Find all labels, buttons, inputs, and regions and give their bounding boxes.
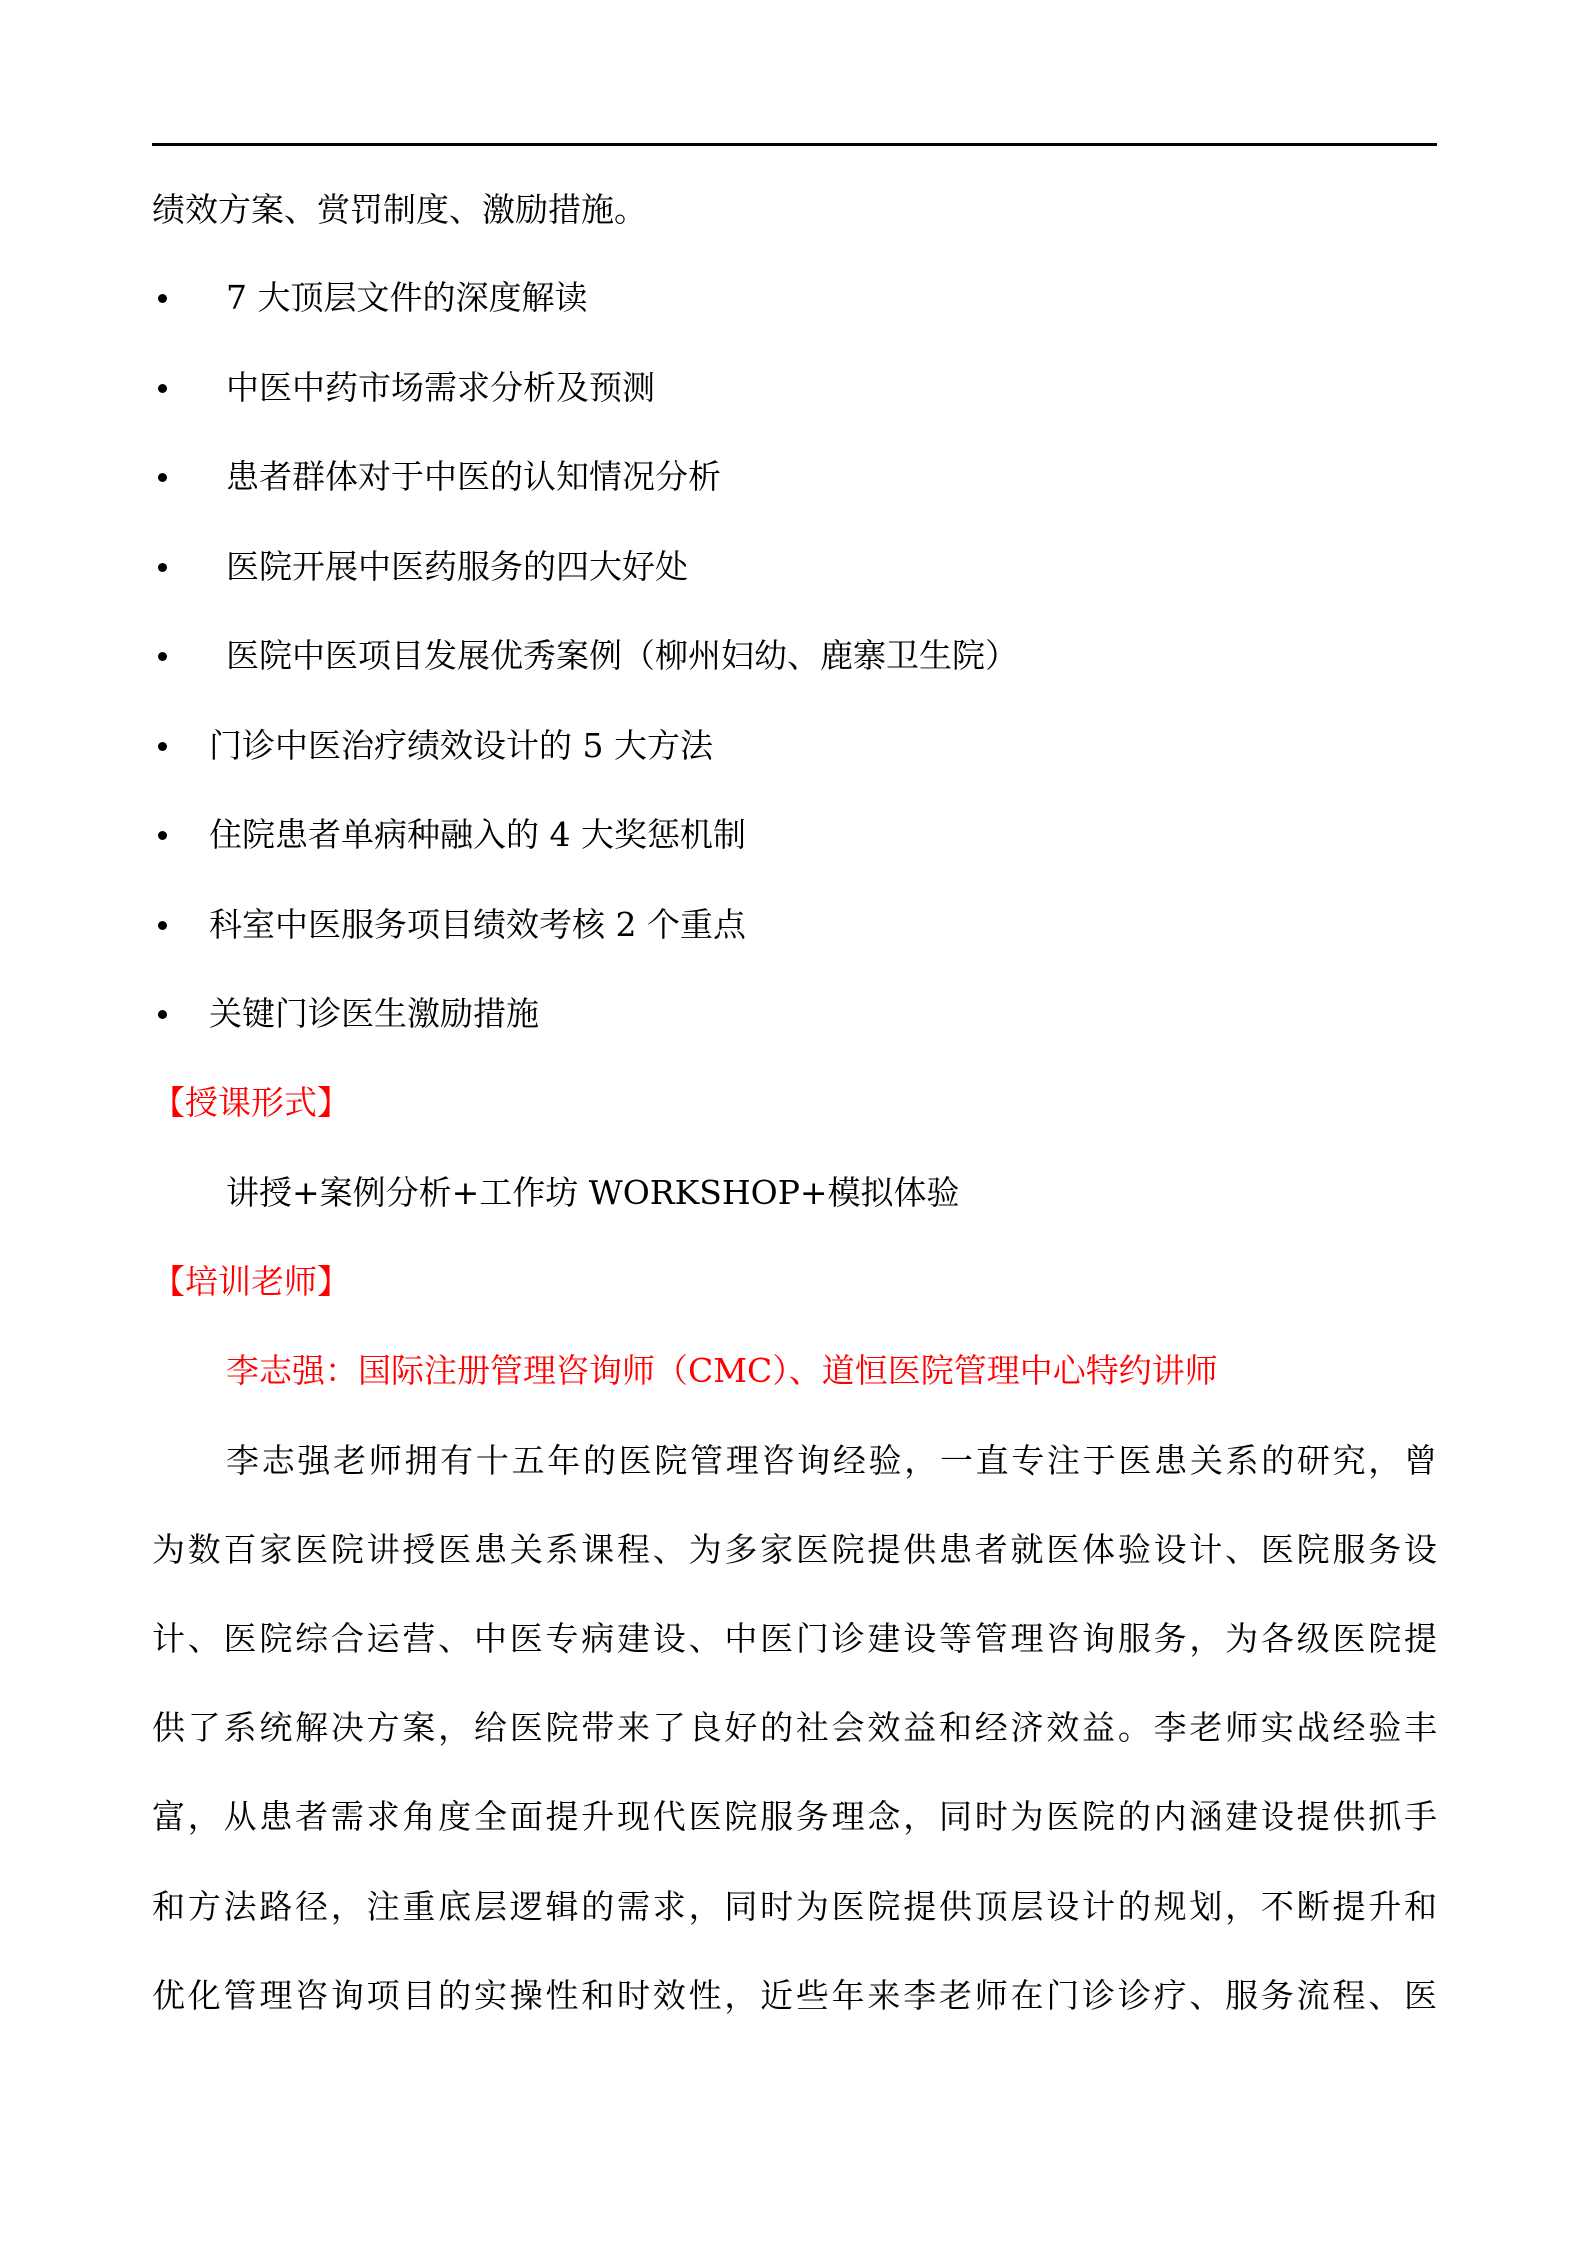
bullet-icon [158, 652, 167, 661]
bullet-icon [158, 921, 167, 930]
intro-line: 绩效方案、赏罚制度、激励措施。 [152, 190, 647, 230]
trainer-bio-line: 为数百家医院讲授医患关系课程、为多家医院提供患者就医体验设计、医院服务设 [152, 1530, 1437, 1570]
bullet-icon [158, 384, 167, 393]
bullet-icon [158, 473, 167, 482]
list-item-text: 医院中医项目发展优秀案例（柳州妇幼、鹿寨卫生院） [226, 636, 1018, 676]
list-item-text: 7 大顶层文件的深度解读 [226, 278, 588, 318]
trainer-bio-line: 李志强老师拥有十五年的医院管理咨询经验，一直专注于医患关系的研究，曾 [226, 1441, 1437, 1481]
list-item-text: 医院开展中医药服务的四大好处 [226, 547, 688, 587]
bullet-icon [158, 831, 167, 840]
trainer-bio-line: 供了系统解决方案，给医院带来了良好的社会效益和经济效益。李老师实战经验丰 [152, 1708, 1437, 1748]
trainer-bio-line: 富，从患者需求角度全面提升现代医院服务理念，同时为医院的内涵建设提供抓手 [152, 1797, 1437, 1837]
teaching-form-heading: 【授课形式】 [152, 1083, 350, 1123]
list-item-text: 门诊中医治疗绩效设计的 5 大方法 [209, 726, 713, 766]
bullet-icon [158, 294, 167, 303]
bullet-icon [158, 1010, 167, 1019]
bullet-icon [158, 563, 167, 572]
trainer-bio-line: 和方法路径，注重底层逻辑的需求，同时为医院提供顶层设计的规划，不断提升和 [152, 1887, 1437, 1927]
teaching-form-content: 讲授+案例分析+工作坊 WORKSHOP+模拟体验 [226, 1173, 960, 1213]
bullet-icon [158, 742, 167, 751]
trainer-bio-line: 计、医院综合运营、中医专病建设、中医门诊建设等管理咨询服务，为各级医院提 [152, 1619, 1437, 1659]
trainer-title-line: 李志强：国际注册管理咨询师（CMC）、道恒医院管理中心特约讲师 [226, 1351, 1218, 1391]
list-item-text: 中医中药市场需求分析及预测 [226, 368, 655, 408]
list-item-text: 关键门诊医生激励措施 [209, 994, 539, 1034]
list-item-text: 科室中医服务项目绩效考核 2 个重点 [209, 905, 746, 945]
list-item-text: 患者群体对于中医的认知情况分析 [226, 457, 721, 497]
trainer-bio-line: 优化管理咨询项目的实操性和时效性，近些年来李老师在门诊诊疗、服务流程、医 [152, 1976, 1437, 2016]
list-item-text: 住院患者单病种融入的 4 大奖惩机制 [209, 815, 746, 855]
trainer-heading: 【培训老师】 [152, 1262, 350, 1302]
header-rule [152, 143, 1437, 146]
